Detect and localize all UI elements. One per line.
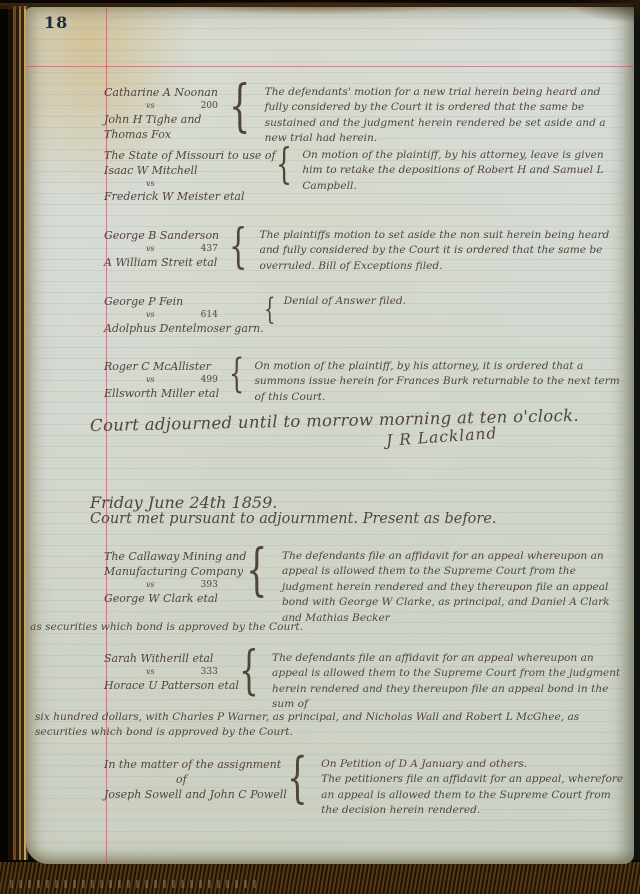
party-name: Isaac W Mitchell	[104, 163, 276, 178]
vs-label: vs	[146, 375, 155, 384]
burn-smudge-top-right	[570, 0, 640, 22]
court-order-text: The defendants' motion for a new trial h…	[265, 85, 624, 147]
party-name: Ellsworth Miller etal	[104, 386, 229, 401]
case-entry: Roger C McAllister vs499 Ellsworth Mille…	[104, 359, 624, 405]
case-entry: The State of Missouri to use of Isaac W …	[104, 148, 624, 204]
case-entry: The Callaway Mining and Manufacturing Co…	[104, 549, 624, 626]
party-names: In the matter of the assignment of Josep…	[104, 757, 287, 802]
court-order-text: On motion of the plaintiff, by his attor…	[302, 148, 624, 194]
party-name: Sarah Witherill etal	[104, 651, 239, 666]
brace-decoration: {	[229, 225, 247, 268]
party-name: Thomas Fox	[104, 127, 229, 142]
party-names: George P Fein vs614 Adolphus Dentelmoser…	[104, 294, 264, 336]
order-body-text: The petitioners file an affidavit for an…	[321, 772, 624, 818]
vs-label: vs	[146, 179, 155, 188]
brace-decoration: {	[276, 145, 292, 183]
handwritten-content: Catharine A Noonan vs200 John H Tighe an…	[26, 7, 634, 864]
case-number: 437	[201, 244, 218, 254]
case-number: 333	[201, 667, 218, 677]
book-binding-bottom	[0, 860, 640, 894]
vs-label: vs	[146, 580, 155, 589]
case-number: 614	[201, 310, 218, 320]
case-entry: Sarah Witherill etal vs333 Horace U Patt…	[104, 651, 624, 713]
party-names: The Callaway Mining and Manufacturing Co…	[104, 549, 246, 606]
ledger-page: 18 Catharine A Noonan vs200 John H Tighe…	[26, 7, 634, 864]
brace-decoration: {	[229, 82, 250, 132]
case-number: 393	[201, 580, 218, 590]
party-name: George P Fein	[104, 294, 264, 309]
vs-label: vs	[146, 310, 155, 319]
adjournment-line: Court adjourned until to morrow morning …	[90, 406, 579, 435]
vs-label: vs	[146, 244, 155, 253]
vs-label: vs	[146, 667, 155, 676]
vs-line: vs200	[104, 100, 229, 112]
party-name: Joseph Sowell and John C Powell	[104, 787, 287, 802]
case-entry: George P Fein vs614 Adolphus Dentelmoser…	[104, 294, 624, 336]
brace-decoration: {	[239, 648, 259, 695]
session-heading: Friday June 24th 1859. Court met pursuan…	[90, 494, 497, 528]
case-entry: Catharine A Noonan vs200 John H Tighe an…	[104, 85, 624, 147]
vs-line: vs393	[104, 579, 246, 591]
brace-decoration: {	[264, 296, 276, 323]
binding-wear-speckle	[10, 880, 260, 888]
vs-line: vs499	[104, 374, 229, 386]
order-continuation-text: six hundred dollars, with Charles P Warn…	[35, 710, 620, 741]
brace-decoration: {	[246, 546, 267, 596]
party-name: Frederick W Meister etal	[104, 189, 276, 204]
burn-smudge-top	[170, 2, 460, 14]
case-number: 200	[201, 101, 218, 111]
party-name: John H Tighe and	[104, 112, 229, 127]
book-binding-left	[0, 0, 28, 894]
party-name: A William Streit etal	[104, 255, 229, 270]
court-order-text: The defendants file an affidavit for an …	[282, 549, 624, 626]
vs-line: vs333	[104, 666, 239, 678]
court-order-text: The plaintiffs motion to set aside the n…	[260, 228, 624, 274]
brace-decoration: {	[287, 754, 308, 803]
session-opening-line: Court met pursuant to adjournment. Prese…	[90, 511, 497, 528]
vs-line: vs	[104, 178, 276, 189]
party-names: Sarah Witherill etal vs333 Horace U Patt…	[104, 651, 239, 693]
party-name: Roger C McAllister	[104, 359, 229, 374]
party-name: The Callaway Mining and	[104, 549, 246, 564]
book-binding-right	[633, 0, 640, 894]
party-name: Horace U Patterson etal	[104, 678, 239, 693]
vs-line: vs614	[104, 309, 264, 321]
petition-intro-line: On Petition of D A January and others.	[321, 757, 624, 772]
party-name: The State of Missouri to use of	[104, 148, 276, 163]
party-name: In the matter of the assignment	[104, 757, 287, 772]
party-name: George B Sanderson	[104, 228, 229, 243]
party-name: Adolphus Dentelmoser garn.	[104, 321, 264, 336]
court-order-text: On Petition of D A January and others. T…	[321, 757, 624, 819]
case-number: 499	[201, 375, 218, 385]
party-names: Catharine A Noonan vs200 John H Tighe an…	[104, 85, 229, 142]
party-name: Manufacturing Company	[104, 564, 246, 579]
case-entry: In the matter of the assignment of Josep…	[104, 757, 624, 819]
vs-line: vs437	[104, 243, 229, 255]
party-name: Catharine A Noonan	[104, 85, 229, 100]
court-order-text: The defendants file an affidavit for an …	[272, 651, 624, 713]
vs-label: vs	[146, 101, 155, 110]
session-date-heading: Friday June 24th 1859.	[90, 494, 497, 511]
court-order-text: Denial of Answer filed.	[284, 294, 624, 309]
party-name: George W Clark etal	[104, 591, 246, 606]
party-names: Roger C McAllister vs499 Ellsworth Mille…	[104, 359, 229, 401]
party-name: of	[176, 772, 287, 787]
party-names: George B Sanderson vs437 A William Strei…	[104, 228, 229, 270]
brace-decoration: {	[229, 356, 244, 392]
order-continuation-text: as securities which bond is approved by …	[30, 620, 303, 635]
party-names: The State of Missouri to use of Isaac W …	[104, 148, 276, 204]
case-entry: George B Sanderson vs437 A William Strei…	[104, 228, 624, 274]
court-order-text: On motion of the plaintiff, by his attor…	[254, 359, 624, 405]
